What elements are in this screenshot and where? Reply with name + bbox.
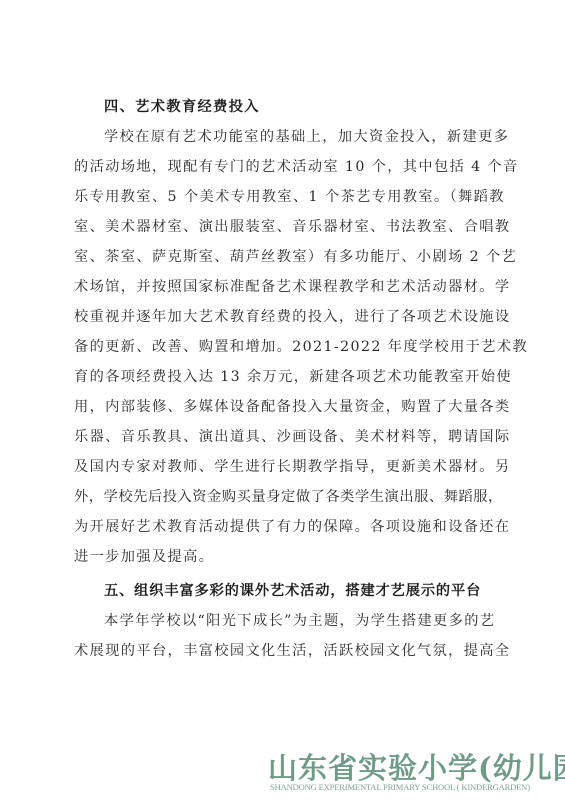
paragraph-line: 室、美术器材室、演出服装室、音乐器材室、书法教室、合唱教 (74, 212, 510, 242)
paragraph-line: 备的更新、改善、购置和增加。2021-2022 年度学校用于艺术教 (74, 332, 528, 362)
paragraph-line: 术场馆，并按照国家标准配备艺术课程教学和艺术活动器材。学 (74, 272, 510, 302)
paragraph-line: 学校在原有艺术功能室的基础上，加大资金投入，新建更多 (104, 122, 509, 152)
paragraph-line: 乐专用教室、5 个美术专用教室、1 个茶艺专用教室。（舞蹈教 (74, 182, 505, 212)
paragraph-line: 育的各项经费投入达 13 余万元，新建各项艺术功能教室开始使 (74, 362, 512, 392)
paragraph-line: 室、茶室、萨克斯室、葫芦丝教室）有多功能厅、小剧场 2 个艺 (74, 242, 517, 272)
paragraph-line: 乐器、音乐教具、演出道具、沙画设备、美术材料等，聘请国际 (74, 422, 510, 452)
section-heading-4: 四、艺术教育经费投入 (104, 92, 260, 122)
paragraph-line: 外，学校先后投入资金购买量身定做了各类学生演出服、舞蹈服， (74, 482, 503, 512)
paragraph-line: 本学年学校以“阳光下成长”为主题，为学生搭建更多的艺 (104, 606, 495, 636)
paragraph-line: 用，内部装修、多媒体设备配备投入大量资金，购置了大量各类 (74, 392, 510, 422)
school-logo-chinese: 山东省实验小学(幼儿园) (268, 746, 565, 787)
school-logo-english: SHANDONG EXPERIMENTAL PRIMARY SCHOOL ( K… (270, 782, 530, 792)
paragraph-line: 及国内专家对教师、学生进行长期教学指导，更新美术器材。另 (74, 452, 510, 482)
paragraph-line: 进一步加强及提高。 (74, 542, 214, 572)
paragraph-line: 校重视并逐年加大艺术教育经费的投入，进行了各项艺术设施设 (74, 302, 510, 332)
paragraph-line: 术展现的平台，丰富校园文化生活，活跃校园文化气氛，提高全 (74, 636, 510, 666)
paragraph-line: 为开展好艺术教育活动提供了有力的保障。各项设施和设备还在 (74, 512, 510, 542)
document-page: 四、艺术教育经费投入 学校在原有艺术功能室的基础上，加大资金投入，新建更多 的活… (0, 0, 565, 800)
section-heading-5: 五、组织丰富多彩的课外艺术活动，搭建才艺展示的平台 (104, 576, 481, 606)
paragraph-line: 的活动场地，现配有专门的艺术活动室 10 个，其中包括 4 个音 (74, 152, 519, 182)
